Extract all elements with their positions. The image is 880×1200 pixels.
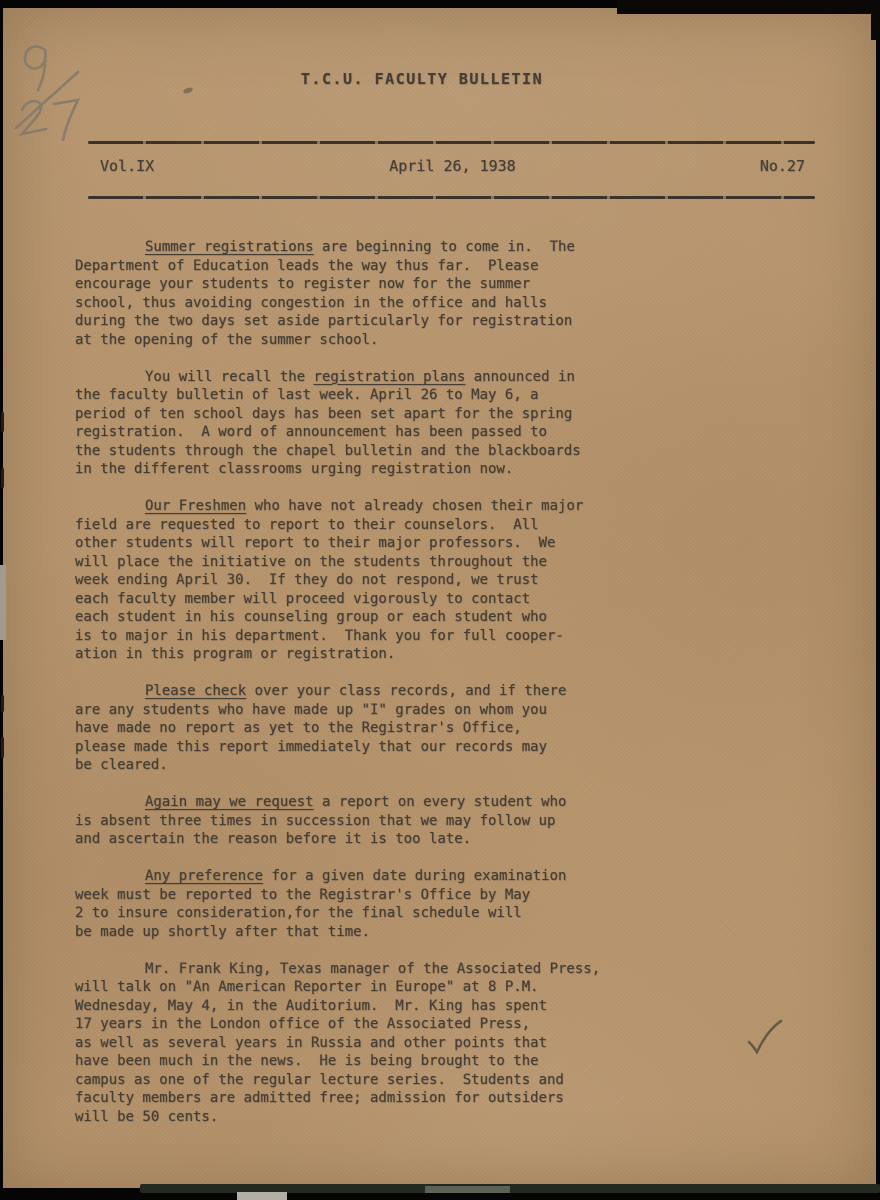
checkmark-annotation [745,1018,793,1060]
issue-number: No.27 [629,157,805,175]
paragraph: Any preference for a given date during e… [75,867,835,941]
underlined-phrase: Again may we request [145,794,314,810]
underlined-phrase: Any preference [145,868,263,884]
paragraph: Again may we request a report on every s… [75,793,835,849]
paragraph: Summer registrations are beginning to co… [75,238,835,349]
scan-edge-bottom-patch [237,1192,287,1200]
scan-edge-mark [1,695,4,712]
volume-label: Vol.IX [100,157,276,175]
scan-edge-mark [1,412,4,432]
scan-edge-patch [0,565,6,640]
paragraph-text: You will recall the [145,369,314,385]
masthead: Vol.IX April 26, 1938 No.27 [100,157,805,175]
scan-edge-mark [1,468,4,488]
underlined-phrase: Summer registrations [145,239,314,255]
underlined-phrase: registration plans [314,369,466,385]
bulletin-body: Summer registrations are beginning to co… [75,238,835,1145]
scanned-page: T.C.U. FACULTY BULLETIN Vol.IX April 26,… [0,0,880,1200]
handwritten-note [8,38,98,158]
paragraph: Mr. Frank King, Texas manager of the Ass… [75,960,835,1127]
scan-edge-right [871,0,880,40]
underlined-phrase: Please check [145,683,246,699]
underlined-phrase: Our Freshmen [145,498,246,514]
scan-edge-mark [1,737,4,758]
paragraph: Our Freshmen who have not already chosen… [75,497,835,664]
issue-date: April 26, 1938 [276,157,629,175]
divider-line-bottom [88,196,815,199]
paragraph-text: who have not already chosen their major … [75,498,583,662]
paragraph: Please check over your class records, an… [75,682,835,775]
divider-line-top [88,141,815,144]
paragraph-text: Mr. Frank King, Texas manager of the Ass… [75,961,600,1125]
page-title: T.C.U. FACULTY BULLETIN [0,70,880,88]
paragraph-text: are beginning to come in. The Department… [75,239,575,348]
paragraph: You will recall the registration plans a… [75,368,835,479]
scan-edge-bottom-patch [425,1186,510,1193]
scan-edge-top [617,0,880,14]
